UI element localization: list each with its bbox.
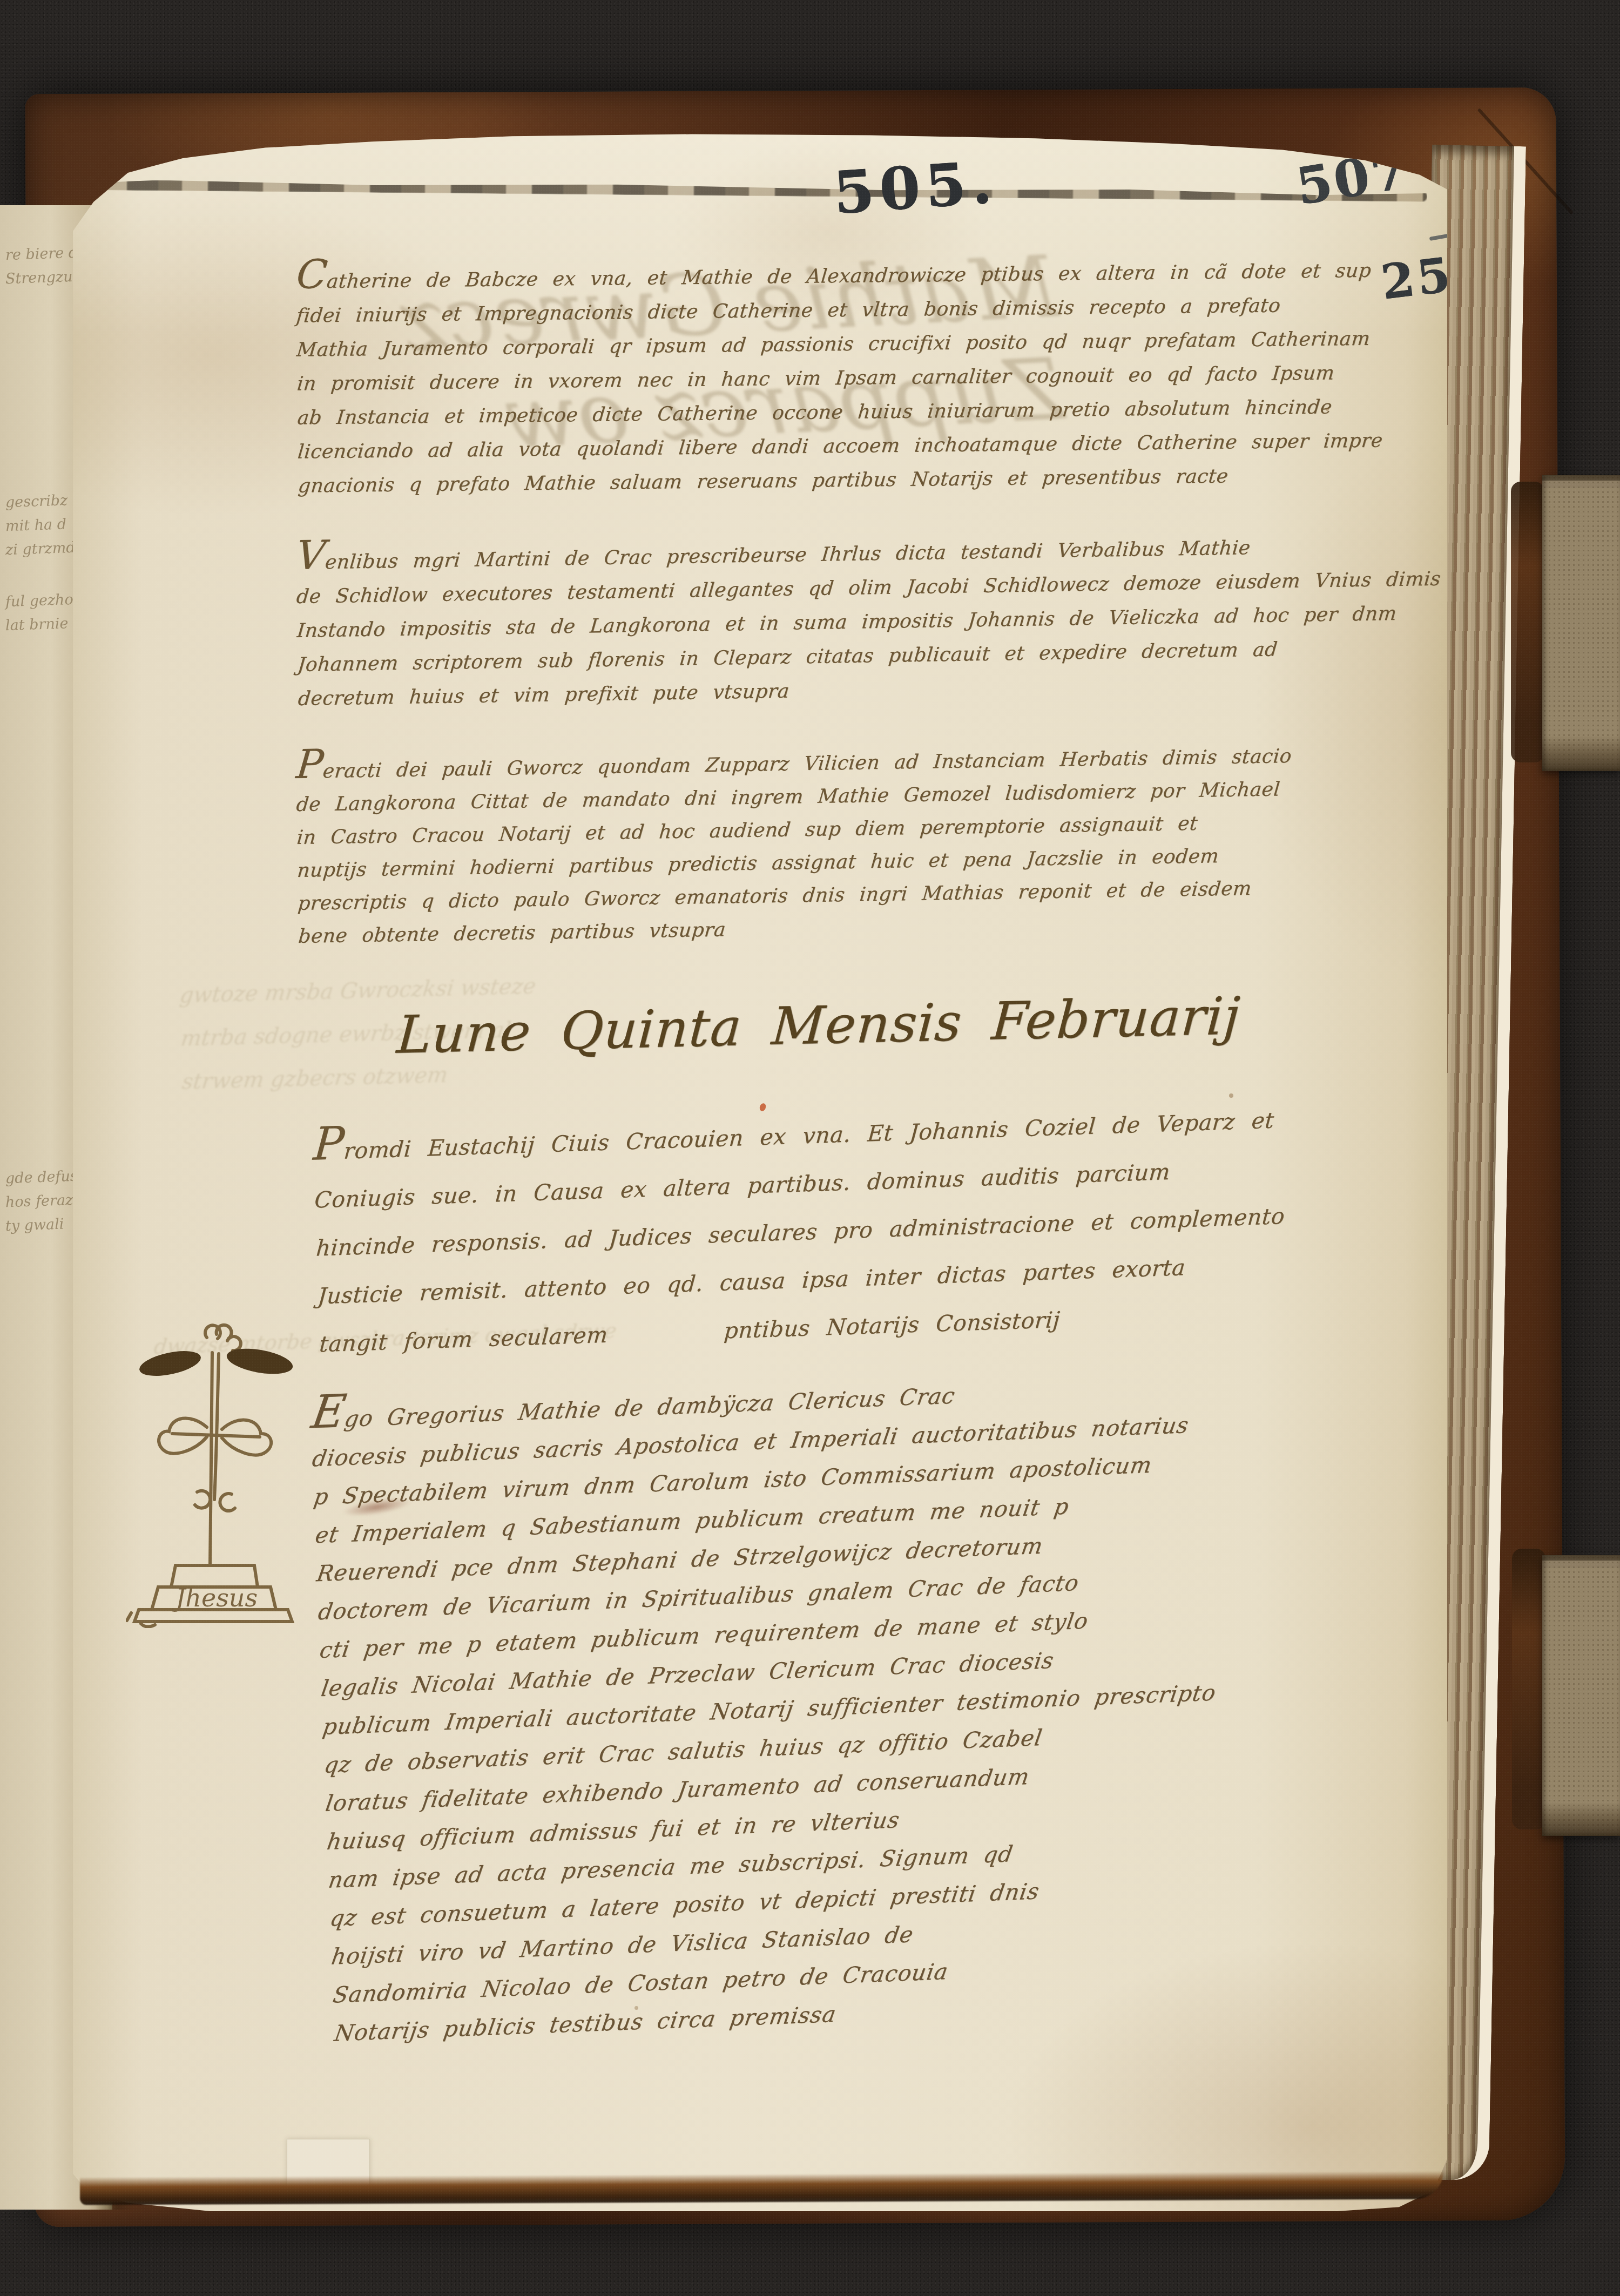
strap-recess-top — [1511, 482, 1544, 762]
entry-4: Promdi Eustachij Ciuis Cracouien ex vna.… — [312, 1093, 1378, 1369]
foxing-spot — [1229, 1093, 1233, 1098]
red-wax-fleck — [759, 1103, 767, 1112]
notarial-subscription: Ego Gregorius Mathie de dambÿcza Clericu… — [310, 1359, 1431, 2052]
notary-mark-label: Jhesus — [171, 1583, 258, 1612]
page-top-rough-edge — [77, 179, 1427, 202]
manuscript-page: Mathie GwreczZupparcz ow gwtoze mrsba Gw… — [73, 127, 1447, 2211]
binding-strap-top — [1542, 475, 1620, 771]
notary-sign-icon: Jhesus — [126, 1321, 307, 1628]
foxing-spot — [1326, 408, 1329, 411]
strap-recess-bottom — [1512, 1549, 1545, 1829]
entry-3: Peracti dei pauli Gworcz quondam Zupparz… — [295, 738, 1395, 953]
binding-strap-bottom — [1542, 1555, 1620, 1836]
entry-1: Catherine de Babcze ex vna, et Mathie de… — [296, 253, 1395, 503]
page-bottom-worn-edge — [80, 2171, 1443, 2205]
foxing-spot — [634, 2006, 638, 2010]
manuscript-photo: re biere dimisitStrengzuatgescribzmit ha… — [0, 0, 1620, 2296]
folio-number-center: 505. — [831, 148, 999, 228]
entry-2: Venlibus mgri Martini de Crac prescribeu… — [296, 529, 1395, 716]
